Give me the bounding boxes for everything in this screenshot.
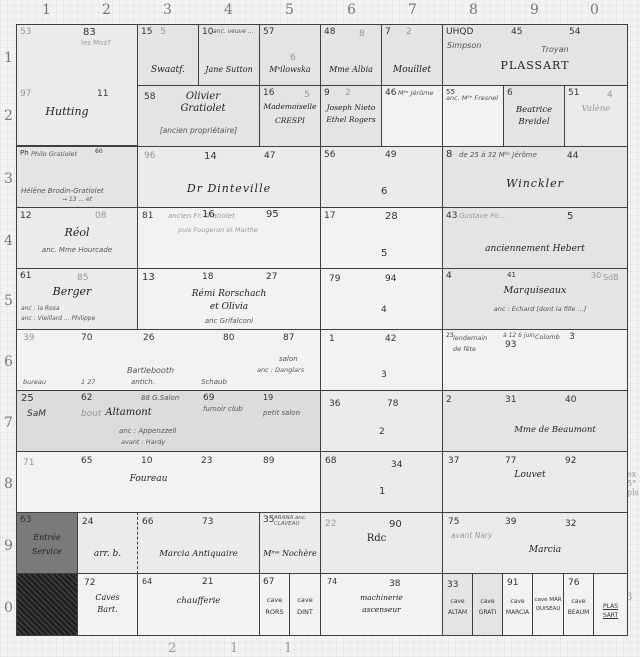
apartment-valene[interactable]: 51 4 Valène — [564, 85, 628, 147]
service-entrance[interactable]: 63 Entrée Service — [16, 512, 78, 574]
apartment-reol[interactable]: 12 08 Réol anc. Mme Hourcade — [16, 207, 138, 269]
cellar-bartlebooth[interactable]: 72 Caves Bart. — [77, 573, 138, 636]
stairwell-floor-6[interactable]: 56 49 6 — [320, 146, 443, 208]
apartment-jerome[interactable]: 46 Mˡˡᵉ Jérôme — [381, 85, 443, 147]
cellar-altamont[interactable]: 33 cave ALTAM — [442, 573, 473, 636]
apartment-berger[interactable]: 61 85 Berger anc : la Rosa anc : Vieilla… — [16, 268, 138, 330]
apartment-hebert[interactable]: 43 Gustave Fo... 5 anciennement Hebert — [442, 207, 628, 269]
apartment-beaumont[interactable]: 2 31 40 Mme de Beaumont — [442, 390, 628, 452]
apartment-mouillet[interactable]: 7 2 Mouillet — [381, 24, 443, 86]
apartment-hutting[interactable]: 53 83 les Moz? 97 11 Hutting — [16, 24, 138, 146]
apartment-plassart[interactable]: UHQD 45 54 Simpson Troyan PLASSART — [442, 24, 628, 86]
apartment-rorschach[interactable]: 13 18 27 Rémi Rorschach et Olivia anc Gr… — [137, 268, 321, 330]
apartment-nieto-rogers[interactable]: 9 2 Joseph Nieto Ethel Rogers — [320, 85, 382, 147]
shop-marcia-antiquaire[interactable]: 66 73 Marcia Antiquaire — [137, 512, 260, 574]
boiler-room[interactable]: 64 21 chaufferie — [137, 573, 260, 636]
apartment-crespi[interactable]: 16 5 Mademoiselle CRESPI — [259, 85, 321, 147]
stairwell-floor-3[interactable]: 1 42 3 — [320, 329, 443, 391]
column-label: 5 — [285, 2, 294, 18]
apartment-fete[interactable]: 23 lendemain de fête à 12 6 juin 93 Colo… — [442, 329, 628, 391]
column-label: 4 — [224, 2, 233, 18]
row-label: 4 — [4, 233, 13, 249]
row-label: 0 — [4, 600, 13, 616]
apartment-former-gratiolet[interactable]: 81 ancien Fr. Gratiolet 16 95 puis Fouge… — [137, 207, 321, 269]
cellar-plassart[interactable]: PLAS SART — [593, 573, 628, 636]
column-label: 6 — [347, 2, 356, 18]
shop-marcia[interactable]: 75 39 32 avant Nary Marcia — [442, 512, 628, 574]
cellar-marquiseaux[interactable]: cave MARQUISEAU — [532, 573, 564, 636]
stairwell-floor-4[interactable]: 79 94 4 — [320, 268, 443, 330]
bottom-label: 1 — [230, 641, 238, 656]
apartment-brodin-gratiolet[interactable]: Ph Philo Gratiolet 60 Hélène Brodin-Grat… — [16, 146, 138, 208]
cellar-gratiolet[interactable]: cave GRATI — [472, 573, 503, 636]
apartment-breidel[interactable]: 6 Beatrice Breidel — [503, 85, 565, 147]
apartment-gratiolet[interactable]: 58 Olivier Gratiolet [ancien propriétair… — [137, 85, 260, 147]
column-label: 9 — [530, 2, 539, 18]
stairwell-floor-2[interactable]: 36 78 2 — [320, 390, 443, 452]
row-label: 1 — [4, 50, 13, 66]
graph-paper-sheet: 1 2 3 4 5 6 7 8 9 0 1 2 3 4 5 6 7 8 9 0 … — [0, 0, 640, 657]
apartment-albia[interactable]: 48 8 Mme Albia — [320, 24, 382, 86]
apartment-marquiseaux[interactable]: 4 41 30 SdB Marquiseaux anc : Echard [do… — [442, 268, 628, 330]
cellar-dinteville[interactable]: cave DINT — [289, 573, 321, 636]
apartment-fresnel[interactable]: 55 anc. Mˡˡᵉ Fresnel — [442, 85, 504, 147]
stairwell-floor-5[interactable]: 17 28 5 — [320, 207, 443, 269]
column-label: 3 — [163, 2, 172, 18]
row-label: 6 — [4, 354, 13, 370]
column-label: 7 — [408, 2, 417, 18]
row-label: 3 — [4, 171, 13, 187]
column-label: 2 — [102, 2, 111, 18]
apartment-msilowska[interactable]: 57 6 Mˢilowska — [259, 24, 321, 86]
basement-blocked-area — [16, 573, 78, 636]
bottom-label: 2 — [168, 641, 176, 656]
apartment-altamont[interactable]: 25 62 88 G.Salon 69 19 SaM bout Altamont… — [16, 390, 321, 452]
row-label: 7 — [4, 415, 13, 431]
elevator-machinery[interactable]: 74 38 machinerie ascenseur — [320, 573, 443, 636]
column-label: 0 — [590, 2, 599, 18]
apartment-louvet[interactable]: 37 77 92 Louvet — [442, 451, 628, 513]
bottom-label: 1 — [284, 641, 292, 656]
row-label: 9 — [4, 538, 13, 554]
apartment-dinteville[interactable]: 96 14 47 Dr Dinteville — [137, 146, 321, 208]
ground-floor-stairwell[interactable]: 22 90 Rdc — [320, 512, 443, 574]
row-label: 8 — [4, 476, 13, 492]
cellar-beaumont[interactable]: 76 cave BEAUM — [563, 573, 594, 636]
apartment-bartlebooth[interactable]: 39 70 26 80 87 bureau 1 27 Bartlebooth a… — [16, 329, 321, 391]
cellar-marcia[interactable]: 91 cave MARCIA — [502, 573, 533, 636]
column-label: 8 — [469, 2, 478, 18]
apartment-swaatf[interactable]: 15 5 Swaatf. — [137, 24, 199, 86]
cellar-rorschach[interactable]: 67 cave RORS — [259, 573, 290, 636]
room-arr-b[interactable]: 24 arr. b. — [77, 512, 138, 574]
apartment-winckler[interactable]: 8 de 25 à 32 Mˡˡᵉ Jérôme 44 Winckler — [442, 146, 628, 208]
stairwell-floor-1[interactable]: 68 34 1 — [320, 451, 443, 513]
margin-note: ex 5° pls — [627, 470, 639, 497]
column-label: 1 — [42, 2, 51, 18]
apartment-foureau[interactable]: 71 65 10 23 89 Foureau — [16, 451, 321, 513]
apartment-jane-sutton[interactable]: 10 anc. veuve ... Jane Sutton — [198, 24, 260, 86]
